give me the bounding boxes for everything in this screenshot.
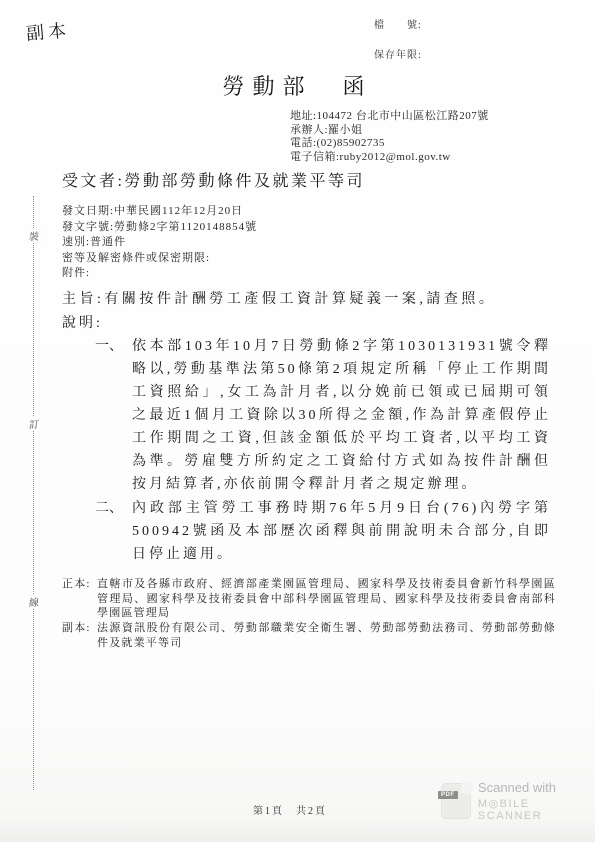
original-recipients-label: 正本: [62,577,97,621]
sender-info-block: 地址:104472 台北市中山區松江路207號 承辦人:羅小姐 電話:(02)8… [290,110,489,164]
dispatch-number: 發文字號:勞動條2字第1120148854號 [62,220,257,236]
official-letter-page: 副本 檔 號: 保存年限: 勞動部 函 地址:104472 台北市中山區松江路2… [0,0,595,842]
retention-period-label: 保存年限: [374,46,422,61]
description-item-1: 一、 依本部103年10月7日勞動條2字第1030131931號令釋略以,勞動基… [95,335,551,496]
page-fold-corner [460,781,474,795]
scanner-watermark-text: Scanned with M◎BILE SCANNER [478,780,590,822]
sender-phone: 電話:(02)85902735 [290,137,489,151]
binding-mark-xian: 線 [25,594,42,610]
scanner-watermark: PDF Scanned with M◎BILE SCANNER [442,778,590,824]
item-2-text: 內政部主管勞工事務時期76年5月9日台(76)內勞字第500942號函及本部歷次… [132,497,551,566]
subject-line: 主旨:有關按件計酬勞工產假工資計算疑義一案,請查照。 [62,288,562,308]
binding-dotted-line [33,196,34,790]
description-item-2: 二、 內政部主管勞工事務時期76年5月9日台(76)內勞字第500942號函及本… [95,497,551,566]
pdf-badge: PDF [438,791,458,799]
description-label: 說明: [62,312,103,332]
scanned-with-text: Scanned with [478,780,590,795]
file-number-label: 檔 號: [374,16,422,31]
dispatch-meta-block: 發文日期:中華民國112年12月20日 發文字號:勞動條2字第112014885… [62,204,257,282]
sender-contact: 承辦人:羅小姐 [290,124,489,138]
item-2-number: 二、 [95,497,132,566]
mobile-scanner-text: M◎BILE SCANNER [478,797,590,822]
copy-recipients-text: 法源資訊股份有限公司、勞動部職業安全衛生署、勞動部勞動法務司、勞動部勞動條件及就… [97,621,556,650]
sender-address: 地址:104472 台北市中山區松江路207號 [290,110,489,124]
item-1-number: 一、 [95,335,132,496]
letter-title: 勞動部 函 [0,70,595,101]
page-number-footer: 第1頁 共2頁 [253,802,327,817]
binding-mark-ding: 訂 [25,416,42,432]
copy-stamp: 副本 [25,16,71,46]
copy-recipients-label: 副本: [62,621,97,650]
item-1-text: 依本部103年10月7日勞動條2字第1030131931號令釋略以,勞動基準法第… [132,335,551,496]
sender-email: 電子信箱:ruby2012@mol.gov.tw [290,151,489,165]
dispatch-attachment: 附件: [62,266,257,282]
original-recipients-text: 直轄市及各縣市政府、經濟部產業園區管理局、國家科學及技術委員會新竹科學園區管理局… [97,577,556,621]
copy-recipients-block: 副本: 法源資訊股份有限公司、勞動部職業安全衛生署、勞動部勞動法務司、勞動部勞動… [62,621,556,650]
recipient-line: 受文者:勞動部勞動條件及就業平等司 [62,168,365,191]
dispatch-speed: 速別:普通件 [62,235,257,251]
original-recipients-block: 正本: 直轄市及各縣市政府、經濟部產業園區管理局、國家科學及技術委員會新竹科學園… [62,577,556,621]
binding-mark-zhuang: 裝 [25,228,42,244]
dispatch-date: 發文日期:中華民國112年12月20日 [62,204,257,220]
pdf-file-icon: PDF [442,784,470,818]
dispatch-security: 密等及解密條件或保密期限: [62,251,257,267]
